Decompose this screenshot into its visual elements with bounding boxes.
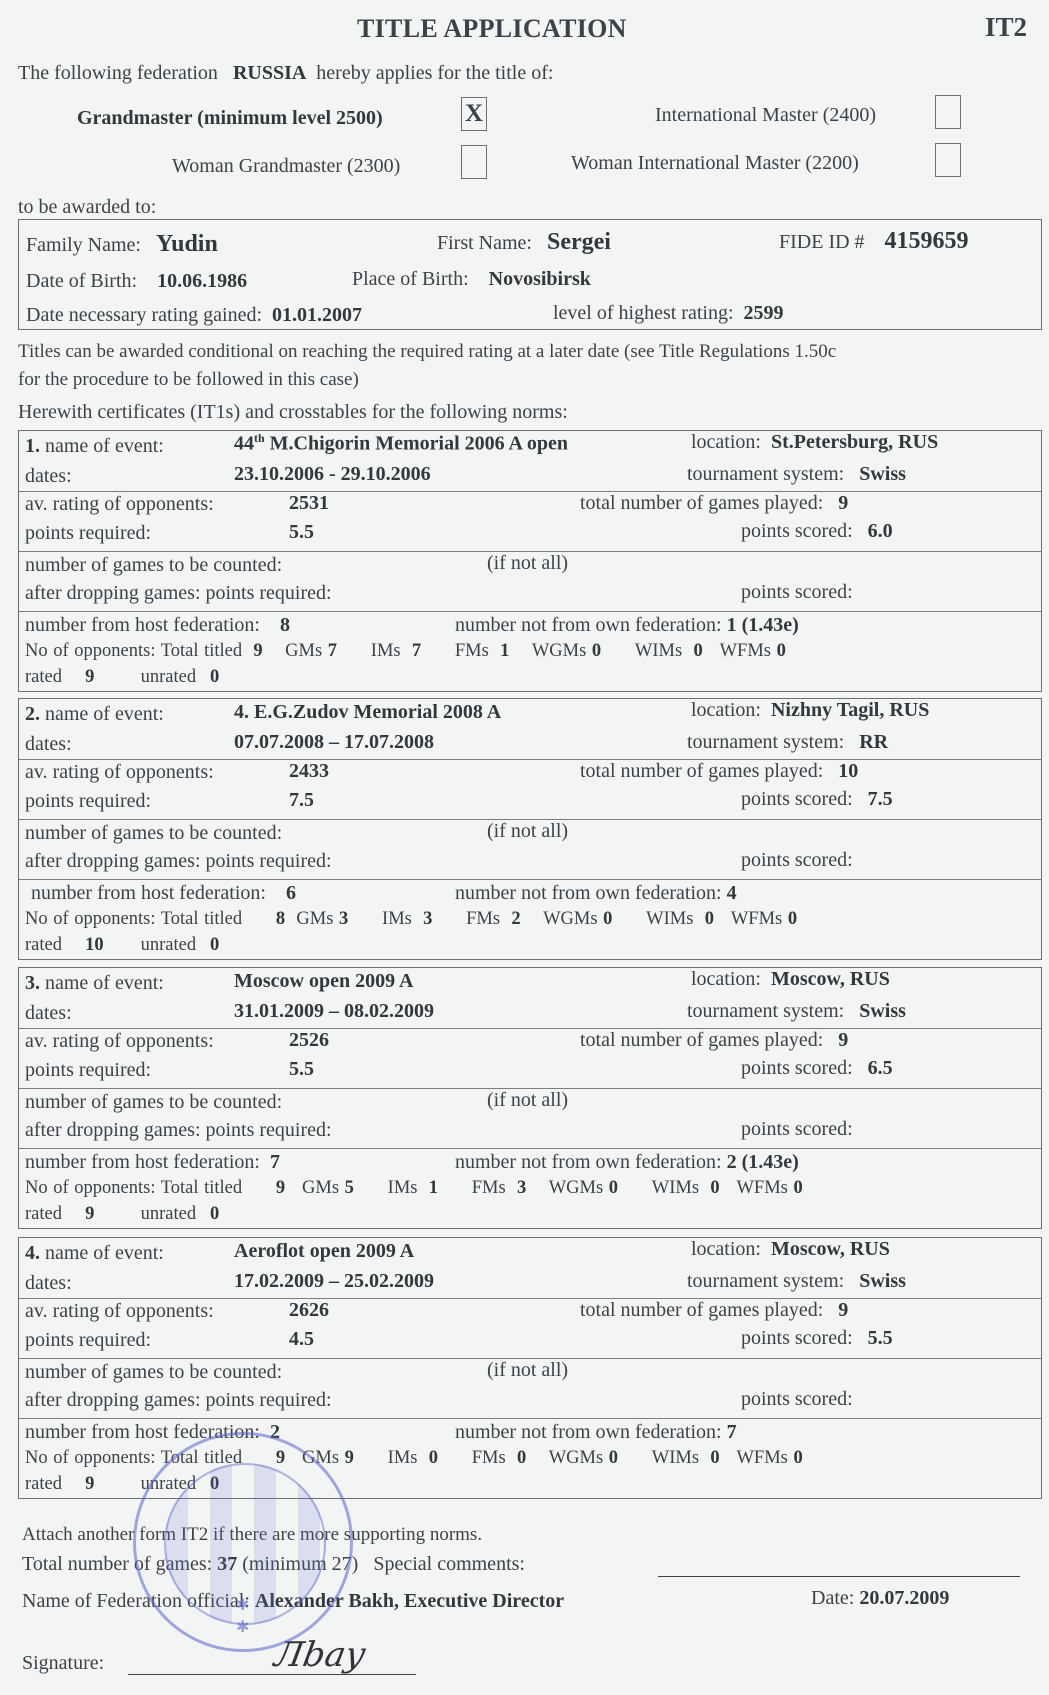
- points-required-value: 4.5: [289, 1328, 314, 1351]
- fide-id-field: FIDE ID # 4159659: [779, 228, 969, 255]
- event-number: 2.: [25, 703, 40, 725]
- event-name-value: 4. E.G.Zudov Memorial 2008 A: [234, 701, 501, 724]
- event-name-value: Aeroflot open 2009 A: [234, 1240, 414, 1263]
- games-counted-label: number of games to be counted:: [25, 1361, 282, 1384]
- points-required-label: points required:: [25, 790, 151, 813]
- signature-label: Signature:: [22, 1652, 104, 1675]
- host-fed-label: number from host federation:: [25, 614, 260, 636]
- dob-value: 10.06.1986: [157, 270, 247, 292]
- first-name-label: First Name:: [437, 232, 532, 254]
- total-games-value: 9: [838, 1029, 848, 1051]
- location-label: location:: [691, 699, 761, 721]
- system-value: Swiss: [859, 1000, 906, 1022]
- total-games-label: total number of games played:: [580, 1299, 823, 1321]
- points-scored-value: 6.0: [868, 520, 893, 542]
- title-checkbox-im[interactable]: [935, 95, 961, 129]
- points-required-label: points required:: [25, 1329, 151, 1352]
- awarded-to-label: to be awarded to:: [18, 196, 156, 219]
- rated-counts: rated 9 unrated 0: [25, 667, 219, 688]
- system-label: tournament system:: [687, 731, 844, 753]
- event-name-value: Moscow open 2009 A: [234, 970, 413, 993]
- host-fed-label: number from host federation:: [31, 882, 266, 904]
- family-name-field: Family Name: Yudin: [26, 231, 218, 258]
- if-not-all-label: (if not all): [487, 1359, 568, 1382]
- pob-field: Place of Birth: Novosibirsk: [352, 268, 591, 291]
- not-own-fed-label: number not from own federation:: [455, 882, 722, 904]
- location-value: St.Petersburg, RUS: [771, 431, 938, 453]
- rating-date-label: Date necessary rating gained:: [26, 304, 262, 326]
- system-value: RR: [859, 731, 888, 753]
- not-own-fed-value: 4: [727, 882, 737, 904]
- points-required-value: 5.5: [289, 521, 314, 544]
- event-number: 1.: [25, 435, 40, 457]
- not-own-fed-value: 7: [727, 1421, 737, 1443]
- federation-name: RUSSIA: [233, 62, 306, 84]
- av-rating-label: av. rating of opponents:: [25, 1300, 214, 1323]
- norms-intro: Herewith certificates (IT1s) and crossta…: [18, 401, 568, 424]
- title-option-im-label: International Master (2400): [655, 104, 876, 127]
- host-fed-value: 8: [280, 614, 290, 636]
- if-not-all-label: (if not all): [487, 820, 568, 843]
- fide-id-label: FIDE ID #: [779, 231, 865, 253]
- dropped-points-scored-label: points scored:: [741, 1388, 853, 1411]
- points-required-label: points required:: [25, 522, 151, 545]
- title-option-gm-label: Grandmaster (minimum level 2500): [77, 107, 383, 130]
- pob-label: Place of Birth:: [352, 268, 469, 290]
- total-games-label: total number of games played:: [580, 492, 823, 514]
- highest-rating-field: level of highest rating: 2599: [553, 302, 784, 325]
- total-games-value: 9: [838, 492, 848, 514]
- dates-label: dates:: [25, 733, 72, 756]
- points-scored-value: 5.5: [868, 1327, 893, 1349]
- family-name-label: Family Name:: [26, 234, 141, 256]
- norm-event-2: 2. name of event: 4. E.G.Zudov Memorial …: [18, 698, 1042, 960]
- not-own-fed-label: number not from own federation:: [455, 1421, 722, 1443]
- rated-counts: rated 10 unrated 0: [25, 935, 219, 956]
- fide-id-value: 4159659: [885, 228, 969, 254]
- date-line: Date: 20.07.2009: [811, 1587, 949, 1610]
- system-label: tournament system:: [687, 463, 844, 485]
- event-number: 3.: [25, 972, 40, 994]
- star-icon: ✱: [236, 1617, 249, 1637]
- title-option-wgm-label: Woman Grandmaster (2300): [172, 155, 400, 178]
- dates-value: 17.02.2009 – 25.02.2009: [234, 1270, 434, 1293]
- dropped-points-scored-label: points scored:: [741, 581, 853, 604]
- event-name-label: name of event:: [45, 703, 164, 725]
- date-value: 20.07.2009: [859, 1587, 949, 1609]
- dropped-points-scored-label: points scored:: [741, 1118, 853, 1141]
- title-option-wim-label: Woman International Master (2200): [571, 152, 859, 175]
- after-dropping-label: after dropping games: points required:: [25, 582, 332, 605]
- host-fed-value: 7: [270, 1151, 280, 1173]
- av-rating-value: 2433: [289, 760, 329, 783]
- rating-date-field: Date necessary rating gained: 01.01.2007: [26, 304, 362, 327]
- system-value: Swiss: [859, 463, 906, 485]
- event-number: 4.: [25, 1242, 40, 1264]
- form-title: TITLE APPLICATION: [357, 14, 627, 44]
- rated-counts: rated 9 unrated 0: [25, 1204, 219, 1225]
- points-required-label: points required:: [25, 1059, 151, 1082]
- dates-label: dates:: [25, 1272, 72, 1295]
- federation-stamp-icon: ✱ ✱: [133, 1432, 353, 1652]
- special-comments-field[interactable]: [658, 1576, 1020, 1577]
- system-label: tournament system:: [687, 1000, 844, 1022]
- av-rating-label: av. rating of opponents:: [25, 493, 214, 516]
- opponents-breakdown: No of opponents: Total titled 8 GMs 3 IM…: [25, 909, 797, 930]
- dob-label: Date of Birth:: [26, 270, 137, 292]
- points-scored-label: points scored:: [741, 788, 853, 810]
- points-scored-value: 7.5: [868, 788, 893, 810]
- total-games-label: total number of games played:: [580, 1029, 823, 1051]
- title-checkbox-wgm[interactable]: [461, 145, 487, 179]
- title-checkbox-gm[interactable]: X: [461, 97, 487, 131]
- points-scored-label: points scored:: [741, 520, 853, 542]
- if-not-all-label: (if not all): [487, 552, 568, 575]
- highest-rating-value: 2599: [744, 302, 784, 324]
- family-name-value: Yudin: [156, 231, 218, 257]
- not-own-fed-value: 2 (1.43e): [727, 1151, 799, 1173]
- highest-rating-label: level of highest rating:: [553, 302, 734, 324]
- intro-suffix: hereby applies for the title of:: [316, 62, 553, 84]
- first-name-field: First Name: Sergei: [437, 229, 611, 256]
- opponents-breakdown: No of opponents: Total titled 9 GMs 5 IM…: [25, 1178, 803, 1199]
- form-code: IT2: [985, 12, 1027, 43]
- dob-field: Date of Birth: 10.06.1986: [26, 270, 247, 293]
- opponents-breakdown: No of opponents: Total titled 9 GMs 9 IM…: [25, 1448, 803, 1469]
- location-value: Nizhny Tagil, RUS: [771, 699, 929, 721]
- games-counted-label: number of games to be counted:: [25, 822, 282, 845]
- total-games-value: 10: [838, 760, 858, 782]
- points-scored-label: points scored:: [741, 1057, 853, 1079]
- norm-event-1: 1. name of event: 44th M.Chigorin Memori…: [18, 430, 1042, 692]
- location-label: location:: [691, 968, 761, 990]
- host-fed-label: number from host federation:: [25, 1151, 260, 1173]
- event-name-label: name of event:: [45, 1242, 164, 1264]
- event-name-value: 44th M.Chigorin Memorial 2006 A open: [234, 431, 568, 456]
- after-dropping-label: after dropping games: points required:: [25, 1119, 332, 1142]
- av-rating-value: 2531: [289, 492, 329, 515]
- first-name-value: Sergei: [547, 229, 611, 255]
- dates-value: 07.07.2008 – 17.07.2008: [234, 731, 434, 754]
- norm-event-3: 3. name of event: Moscow open 2009 A loc…: [18, 967, 1042, 1229]
- not-own-fed-value: 1 (1.43e): [727, 614, 799, 636]
- conditional-note-line1: Titles can be awarded conditional on rea…: [18, 341, 836, 363]
- av-rating-label: av. rating of opponents:: [25, 1030, 214, 1053]
- location-label: location:: [691, 1238, 761, 1260]
- av-rating-label: av. rating of opponents:: [25, 761, 214, 784]
- event-name-label: name of event:: [45, 972, 164, 994]
- rating-date-value: 01.01.2007: [272, 304, 362, 326]
- system-label: tournament system:: [687, 1270, 844, 1292]
- after-dropping-label: after dropping games: points required:: [25, 1389, 332, 1412]
- not-own-fed-label: number not from own federation:: [455, 1151, 722, 1173]
- date-label: Date:: [811, 1587, 854, 1609]
- dropped-points-scored-label: points scored:: [741, 849, 853, 872]
- if-not-all-label: (if not all): [487, 1089, 568, 1112]
- location-label: location:: [691, 431, 761, 453]
- federation-intro: The following federation RUSSIA hereby a…: [18, 62, 553, 85]
- intro-prefix: The following federation: [18, 62, 218, 84]
- location-value: Moscow, RUS: [771, 1238, 890, 1260]
- points-required-value: 5.5: [289, 1058, 314, 1081]
- star-icon: ✱: [236, 1595, 249, 1615]
- av-rating-value: 2526: [289, 1029, 329, 1052]
- total-games-value: 9: [838, 1299, 848, 1321]
- title-checkbox-wim[interactable]: [935, 143, 961, 177]
- system-value: Swiss: [859, 1270, 906, 1292]
- games-counted-label: number of games to be counted:: [25, 1091, 282, 1114]
- conditional-note-line2: for the procedure to be followed in this…: [18, 369, 359, 391]
- host-fed-value: 6: [286, 882, 296, 904]
- dates-value: 23.10.2006 - 29.10.2006: [234, 463, 431, 486]
- games-counted-label: number of games to be counted:: [25, 554, 282, 577]
- dates-label: dates:: [25, 1002, 72, 1025]
- points-scored-value: 6.5: [868, 1057, 893, 1079]
- location-value: Moscow, RUS: [771, 968, 890, 990]
- points-required-value: 7.5: [289, 789, 314, 812]
- event-name-label: name of event:: [45, 435, 164, 457]
- opponents-breakdown: No of opponents: Total titled 9 GMs 7 IM…: [25, 641, 786, 662]
- dates-value: 31.01.2009 – 08.02.2009: [234, 1000, 434, 1023]
- av-rating-value: 2626: [289, 1299, 329, 1322]
- points-scored-label: points scored:: [741, 1327, 853, 1349]
- special-comments-label: Special comments:: [373, 1553, 525, 1575]
- not-own-fed-label: number not from own federation:: [455, 614, 722, 636]
- total-games-label: total number of games played:: [580, 760, 823, 782]
- after-dropping-label: after dropping games: points required:: [25, 850, 332, 873]
- pob-value: Novosibirsk: [489, 268, 591, 290]
- dates-label: dates:: [25, 465, 72, 488]
